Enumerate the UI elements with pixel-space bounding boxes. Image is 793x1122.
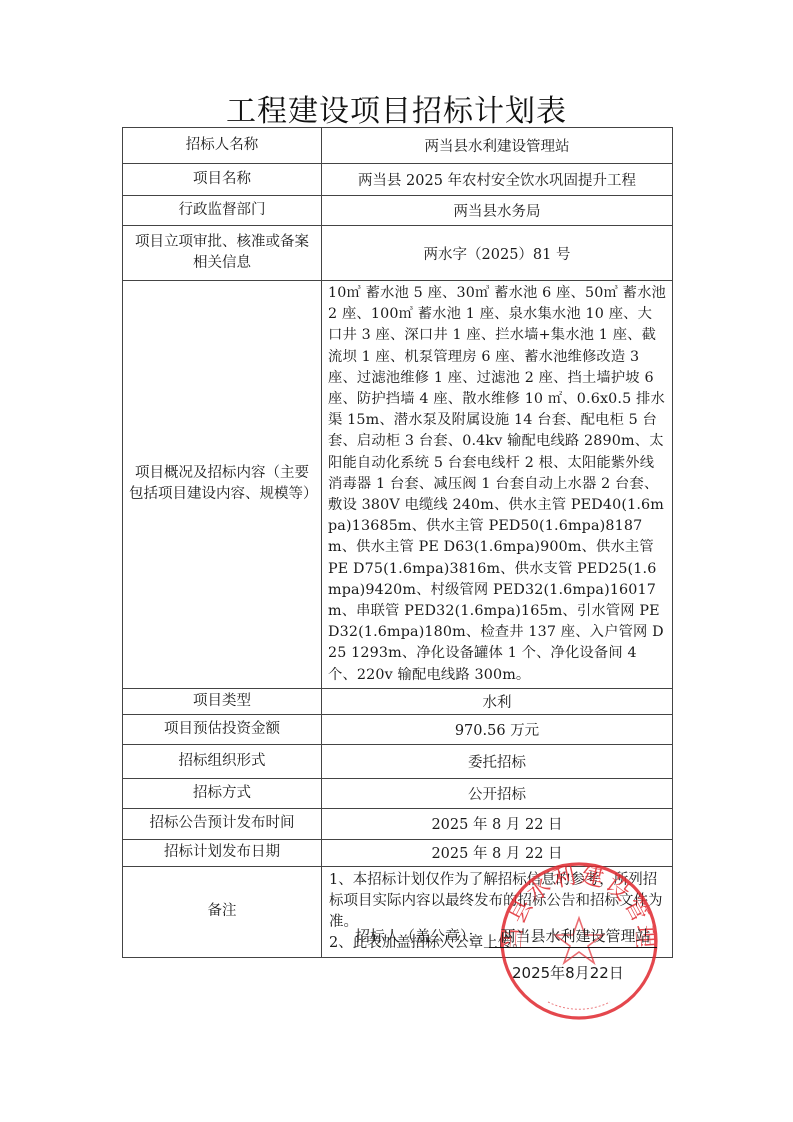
row-value: 2025 年 8 月 22 日 bbox=[322, 839, 673, 866]
row-value: 两水字（2025）81 号 bbox=[322, 226, 673, 281]
row-label: 招标组织形式 bbox=[123, 744, 322, 778]
row-label: 项目类型 bbox=[123, 688, 322, 714]
notes-label: 备注 bbox=[123, 866, 322, 957]
row-value: 2025 年 8 月 22 日 bbox=[322, 808, 673, 839]
table-row: 招标组织形式 委托招标 bbox=[123, 744, 673, 778]
row-label: 项目名称 bbox=[123, 164, 322, 196]
row-value: 水利 bbox=[322, 688, 673, 714]
row-value: 970.56 万元 bbox=[322, 714, 673, 744]
row-label: 招标公告预计发布时间 bbox=[123, 808, 322, 839]
row-value: 两当县 2025 年农村安全饮水巩固提升工程 bbox=[322, 164, 673, 196]
table-row: 招标方式 公开招标 bbox=[123, 778, 673, 808]
row-label: 行政监督部门 bbox=[123, 196, 322, 226]
signature-label: 招标人（盖公章）： bbox=[355, 927, 483, 945]
row-label: 项目立项审批、核准或备案相关信息 bbox=[123, 226, 322, 281]
table-row: 项目概况及招标内容（主要包括项目建设内容、规模等） 10㎥ 蓄水池 5 座、30… bbox=[123, 281, 673, 689]
signature-organization: 两当县水利建设管理站 bbox=[489, 925, 657, 948]
row-label: 招标人名称 bbox=[123, 128, 322, 164]
table-row: 招标公告预计发布时间 2025 年 8 月 22 日 bbox=[123, 808, 673, 839]
row-value: 公开招标 bbox=[322, 778, 673, 808]
project-scope-content: 10㎥ 蓄水池 5 座、30㎥ 蓄水池 6 座、50㎥ 蓄水池 2 座、100㎥… bbox=[322, 281, 673, 689]
table-row: 项目类型 水利 bbox=[123, 688, 673, 714]
table-row: 行政监督部门 两当县水务局 bbox=[123, 196, 673, 226]
row-label: 招标方式 bbox=[123, 778, 322, 808]
row-label: 项目概况及招标内容（主要包括项目建设内容、规模等） bbox=[123, 281, 322, 689]
document-title: 工程建设项目招标计划表 bbox=[0, 86, 793, 130]
table-row: 招标计划发布日期 2025 年 8 月 22 日 bbox=[123, 839, 673, 866]
signature-line: 招标人（盖公章）：两当县水利建设管理站 bbox=[355, 925, 657, 948]
note-item: 1、本招标计划仅作为了解招标信息的参考，所列招标项目实际内容以最终发布的招标公告… bbox=[329, 870, 665, 933]
table-row: 招标人名称 两当县水利建设管理站 bbox=[123, 128, 673, 164]
bidding-plan-table: 招标人名称 两当县水利建设管理站 项目名称 两当县 2025 年农村安全饮水巩固… bbox=[122, 127, 673, 958]
row-value: 两当县水务局 bbox=[322, 196, 673, 226]
table-row: 项目预估投资金额 970.56 万元 bbox=[123, 714, 673, 744]
row-label: 招标计划发布日期 bbox=[123, 839, 322, 866]
table-row: 项目立项审批、核准或备案相关信息 两水字（2025）81 号 bbox=[123, 226, 673, 281]
signature-date: 2025年8月22日 bbox=[512, 962, 624, 983]
row-label: 项目预估投资金额 bbox=[123, 714, 322, 744]
row-value: 两当县水利建设管理站 bbox=[322, 128, 673, 164]
row-value: 委托招标 bbox=[322, 744, 673, 778]
table-row: 项目名称 两当县 2025 年农村安全饮水巩固提升工程 bbox=[123, 164, 673, 196]
